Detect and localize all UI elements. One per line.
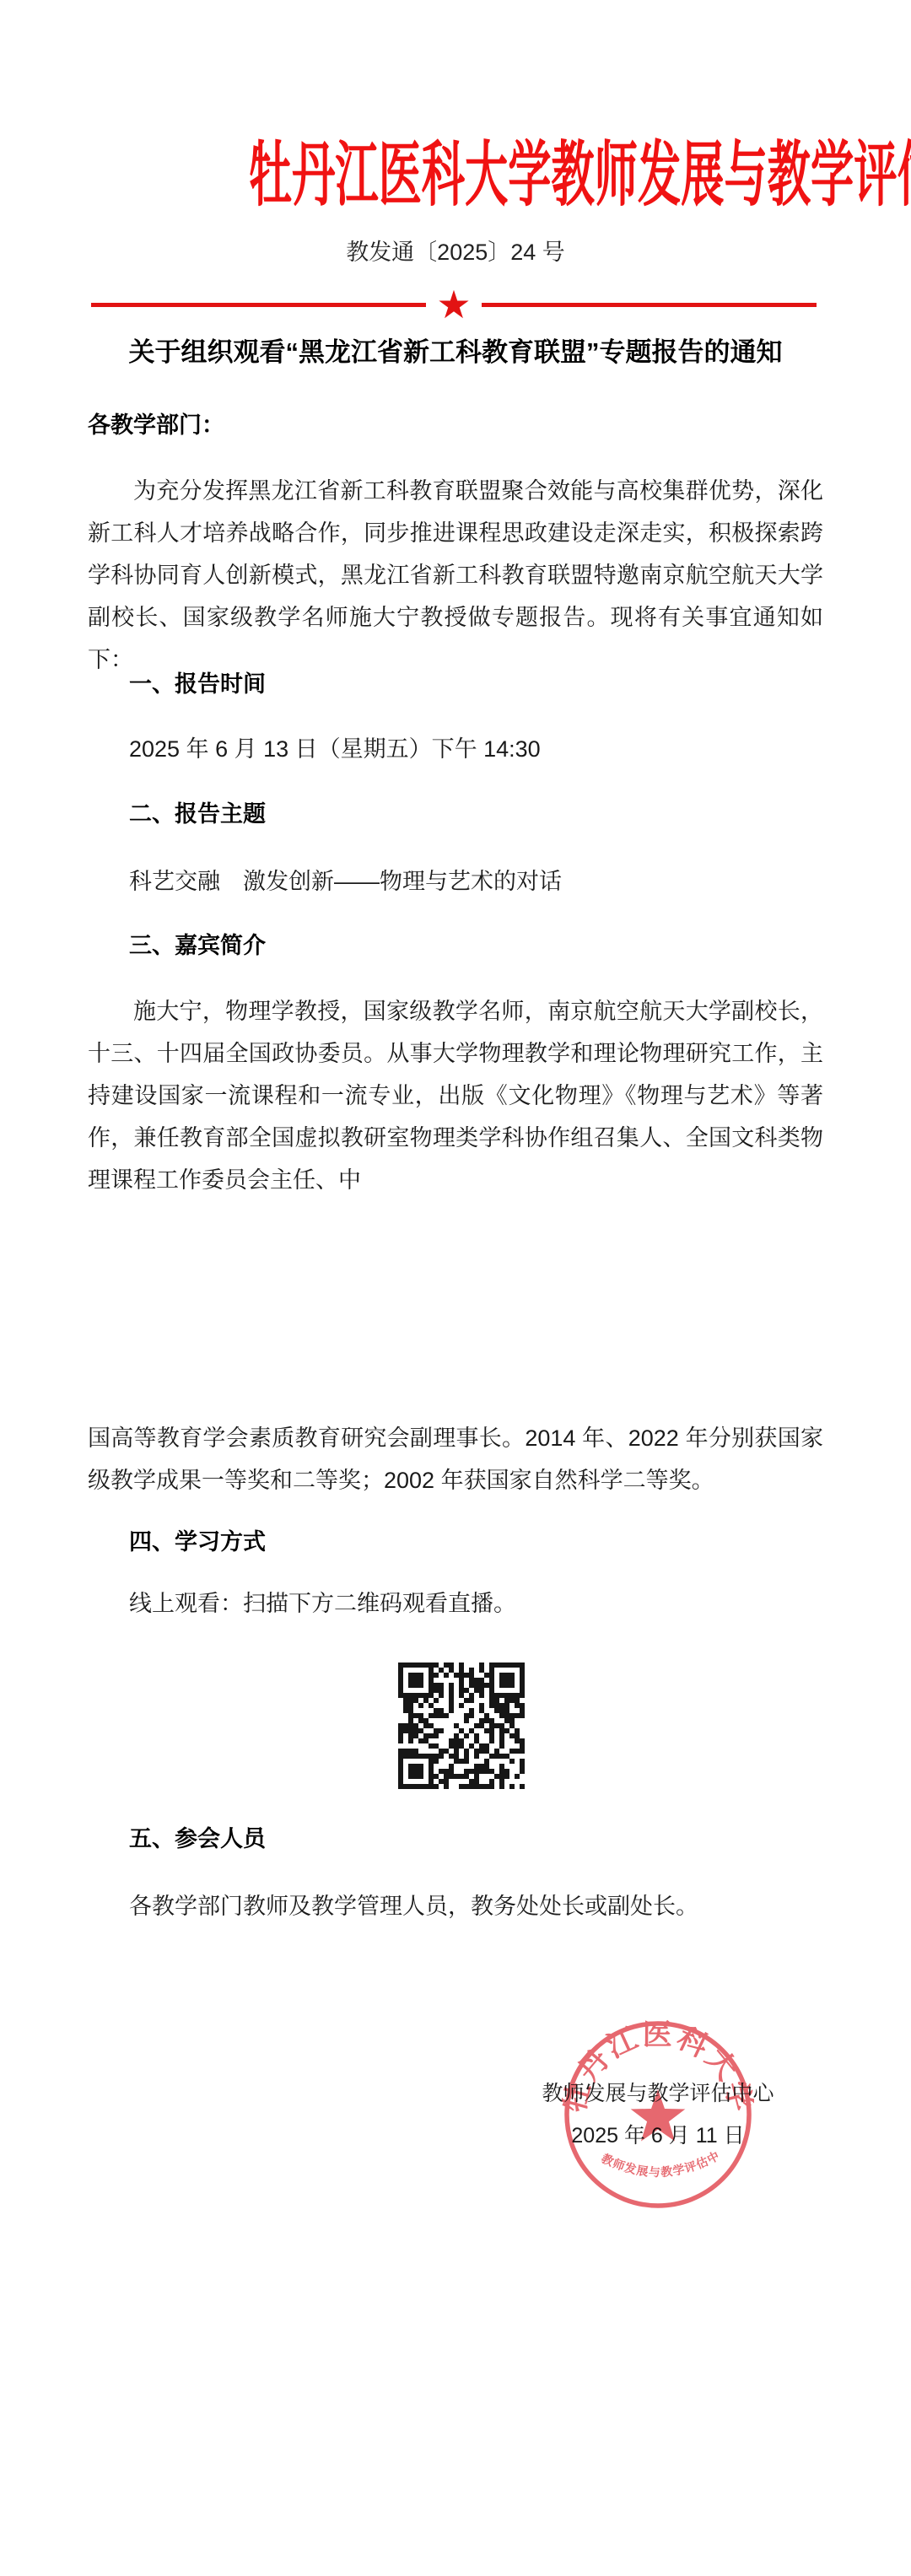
section-4-heading: 四、学习方式 xyxy=(88,1521,823,1563)
section-4-content: 线上观看：扫描下方二维码观看直播。 xyxy=(88,1582,823,1625)
section-3-heading: 三、嘉宾简介 xyxy=(88,924,823,967)
salutation: 各教学部门： xyxy=(88,404,823,446)
qr-code xyxy=(398,1663,525,1789)
guest-bio-part2: 国高等教育学会素质教育研究会副理事长。2014 年、2022 年分别获国家级教学… xyxy=(88,1417,823,1501)
section-1-content: 2025 年 6 月 13 日（星期五）下午 14:30 xyxy=(88,728,823,770)
section-5-heading: 五、参会人员 xyxy=(88,1818,823,1860)
masthead: 牡丹江医科大学教师发展与教学评估中心 xyxy=(0,137,911,212)
section-2-heading: 二、报告主题 xyxy=(88,793,823,835)
section-2-content: 科艺交融 激发创新——物理与艺术的对话 xyxy=(88,860,823,903)
red-rule: ★ xyxy=(91,288,817,321)
masthead-title: 牡丹江医科大学教师发展与教学评估中心 xyxy=(249,137,911,212)
seal-star-icon xyxy=(631,2089,686,2142)
notice-title: 关于组织观看“黑龙江省新工科教育联盟”专题报告的通知 xyxy=(0,334,911,371)
rule-segment-left xyxy=(91,303,426,307)
qr-code-image xyxy=(398,1663,525,1789)
official-seal: 牡丹江医科大学 教师发展与教学评估中心 xyxy=(562,2018,754,2211)
intro-paragraph: 为充分发挥黑龙江省新工科教育联盟聚合效能与高校集群优势，深化新工科人才培养战略合… xyxy=(88,470,823,681)
guest-bio-part1: 施大宁，物理学教授，国家级教学名师，南京航空航天大学副校长，十三、十四届全国政协… xyxy=(88,990,823,1201)
notice-document: 牡丹江医科大学教师发展与教学评估中心 教发通〔2025〕24 号 ★ 关于组织观… xyxy=(0,0,911,2576)
section-5-content: 各教学部门教师及教学管理人员，教务处处长或副处长。 xyxy=(88,1885,823,1927)
star-icon: ★ xyxy=(436,288,471,321)
doc-number: 教发通〔2025〕24 号 xyxy=(0,235,911,269)
rule-segment-right xyxy=(482,303,817,307)
section-1-heading: 一、报告时间 xyxy=(88,663,823,705)
